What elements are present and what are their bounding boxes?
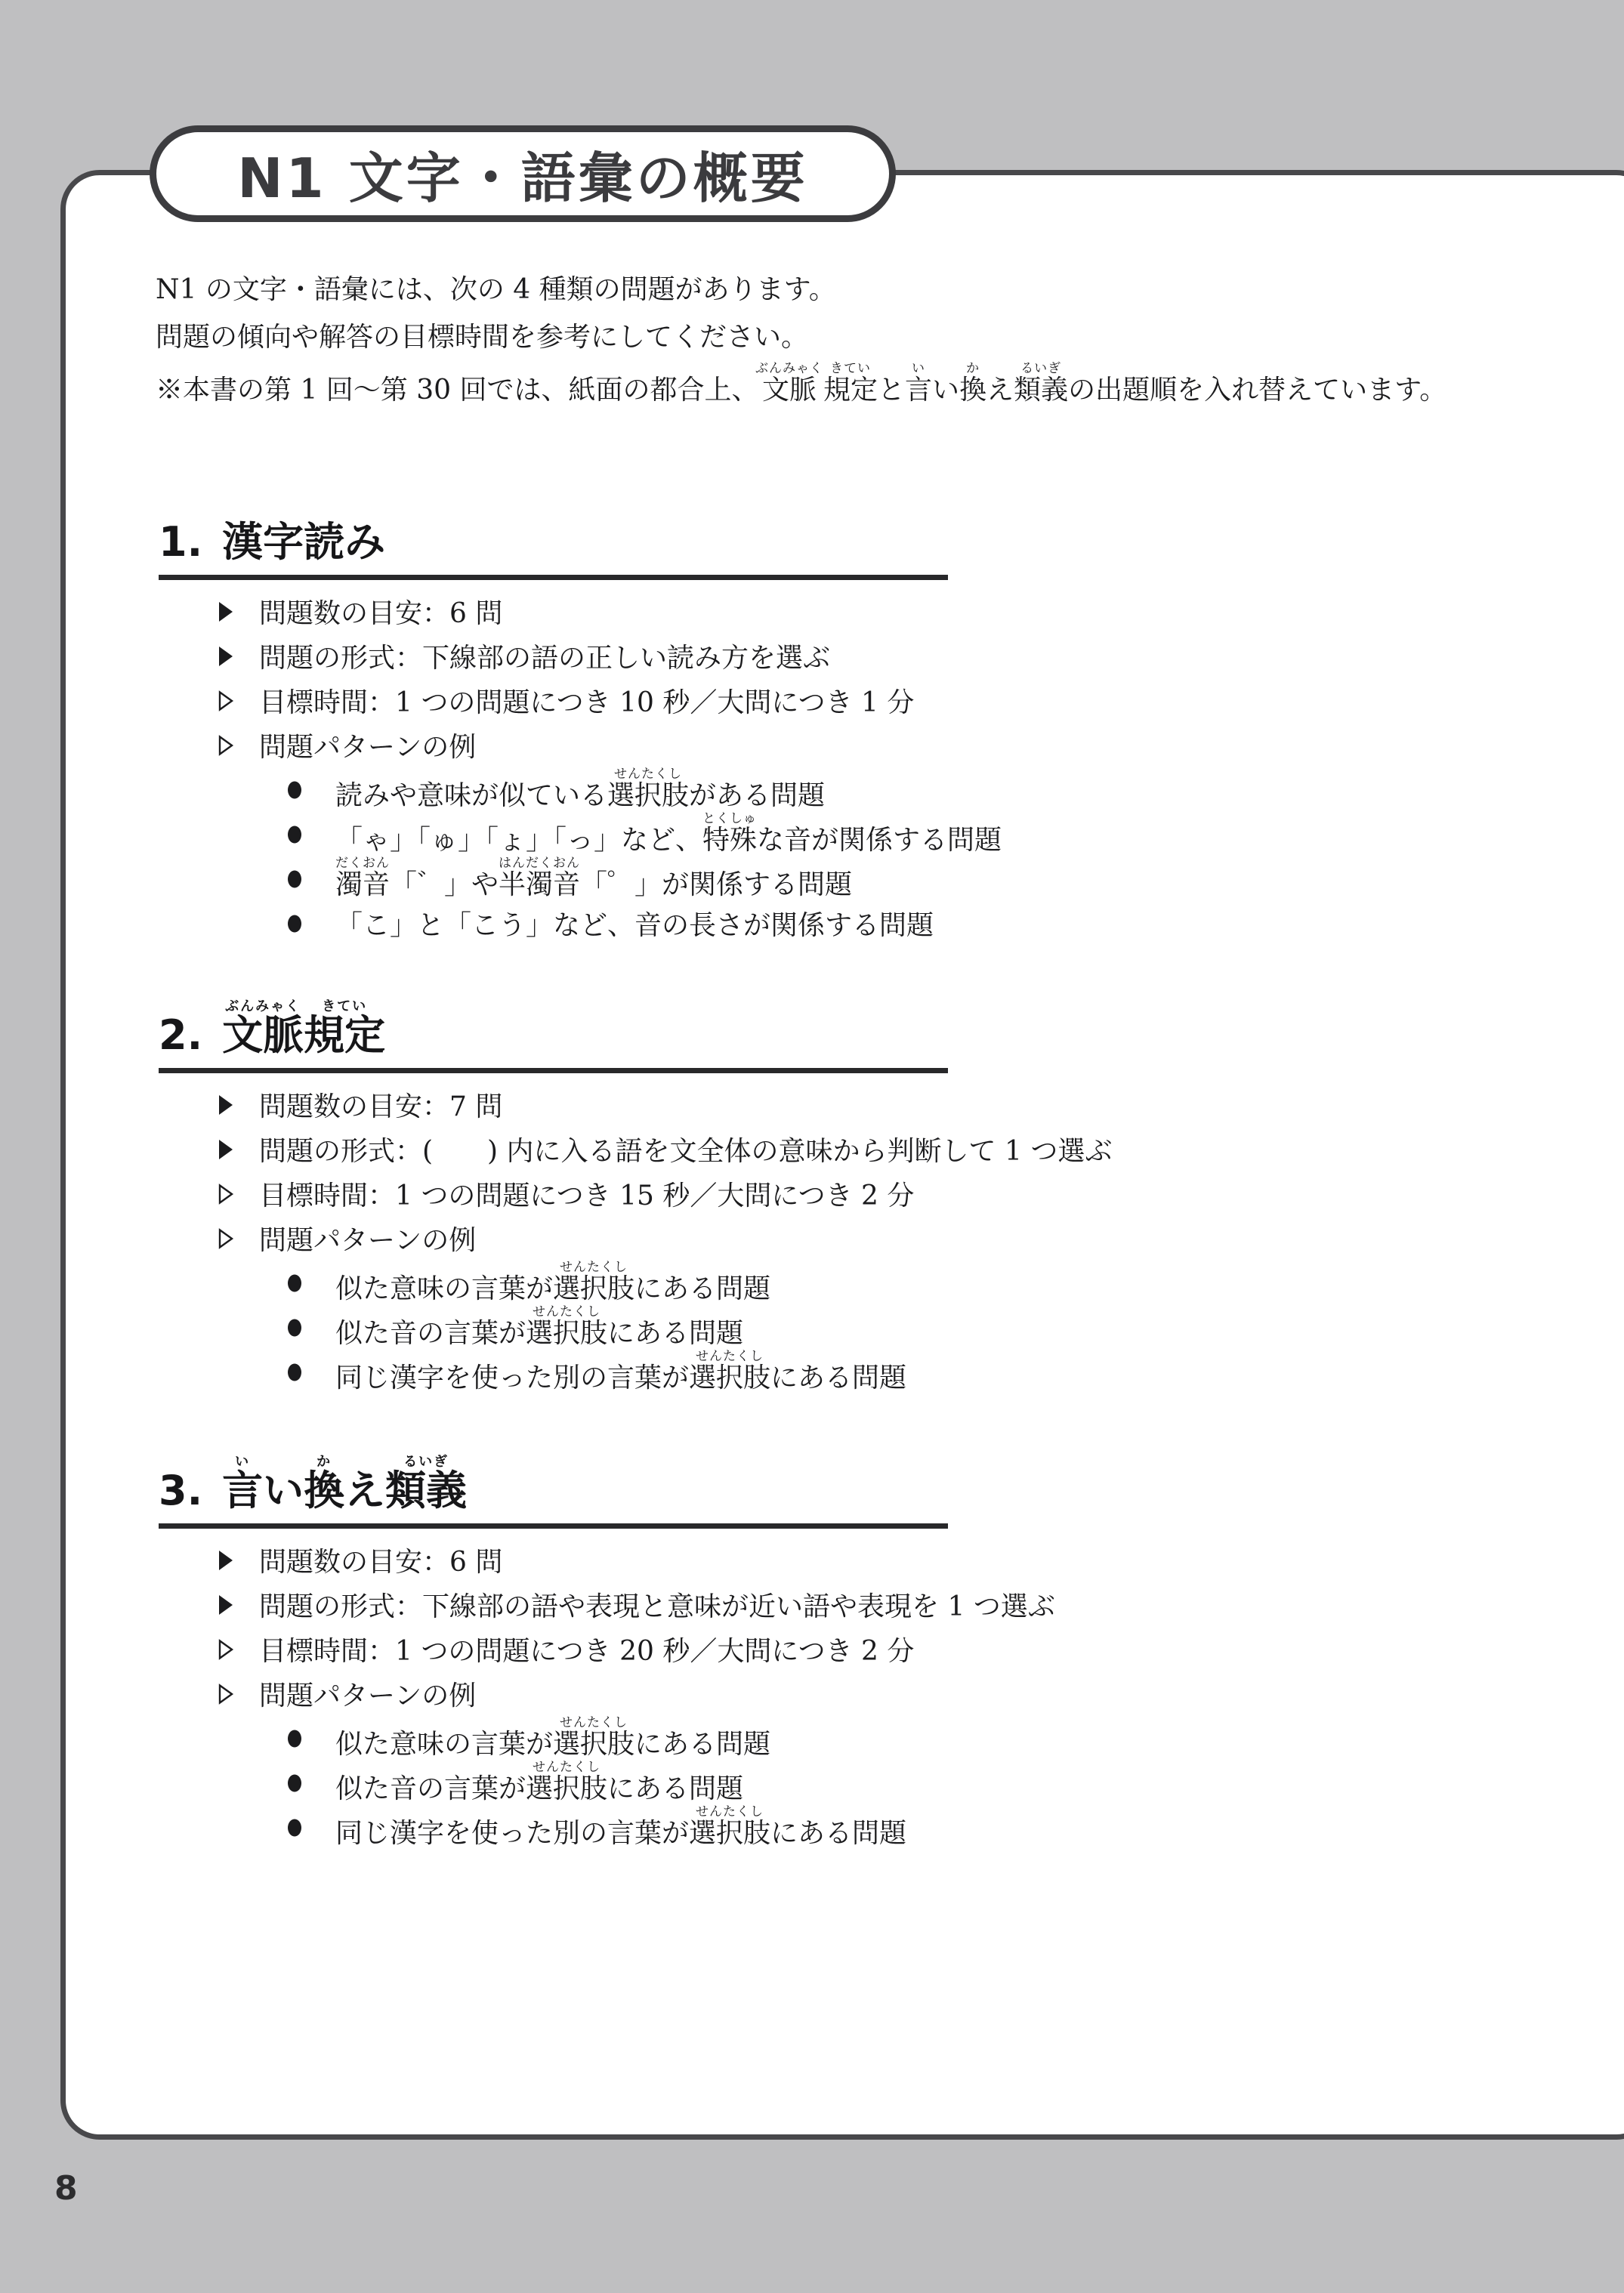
- bullet-text: 読みや意味が似ている選択肢せんたくしがある問題: [335, 767, 825, 813]
- bullet-text: 目標時間：1 つの問題につき 15 秒／大問につき 2 分: [259, 1174, 914, 1213]
- section-underline: [159, 575, 948, 580]
- ruby-annotated-text: 選択肢せんたくし: [526, 1773, 607, 1804]
- bullet-row: 読みや意味が似ている選択肢せんたくしがある問題: [159, 767, 1503, 812]
- bullet-row: 問題の形式：下線部の語の正しい読み方を選ぶ: [159, 634, 1503, 678]
- bullet-row: 問題の形式：( ) 内に入る語を文全体の意味から判断して 1 つ選ぶ: [159, 1127, 1503, 1171]
- bullet-text: 濁音だくおん「゛」や半濁音はんだくおん「゜」が関係する問題: [335, 856, 852, 902]
- page-number: 8: [54, 2169, 78, 2208]
- circle-bullet-icon: [287, 1729, 335, 1748]
- bullet-row: 同じ漢字を使った別の言葉が選択肢せんたくしにある問題: [159, 1350, 1503, 1394]
- filled-triangle-bullet-icon: [218, 600, 259, 623]
- bullet-text: 目標時間：1 つの問題につき 10 秒／大問につき 1 分: [259, 681, 914, 720]
- section: 2.文脈ぶんみゃく規定きてい問題数の目安：7 問問題の形式：( ) 内に入る語を…: [159, 995, 1503, 1394]
- section-number: 3.: [159, 1467, 202, 1514]
- section-number: 2.: [159, 1011, 202, 1059]
- section-number: 1.: [159, 518, 202, 566]
- section-heading: 1.漢字読み: [159, 501, 1503, 563]
- circle-bullet-icon: [287, 1818, 335, 1838]
- intro-line: N1 の文字・語彙には、次の 4 種類の問題があります。: [156, 266, 1446, 313]
- circle-bullet-icon: [287, 914, 335, 934]
- outline-triangle-bullet-icon: [218, 734, 259, 757]
- ruby-annotated-text: 半濁音はんだくおん: [499, 869, 580, 900]
- filled-triangle-bullet-icon: [218, 1094, 259, 1116]
- section-underline: [159, 1523, 948, 1529]
- filled-triangle-bullet-icon: [218, 1138, 259, 1161]
- bullet-row: 似た音の言葉が選択肢せんたくしにある問題: [159, 1305, 1503, 1350]
- ruby-annotated-text: 選択肢せんたくし: [526, 1318, 607, 1349]
- bullet-text: 似た意味の言葉が選択肢せんたくしにある問題: [335, 1715, 770, 1761]
- section-title: 漢字読み: [222, 518, 385, 566]
- outline-triangle-bullet-icon: [218, 1638, 259, 1661]
- section: 3.言いい換かえ類義るいぎ問題数の目安：6 問問題の形式：下線部の語や表現と意味…: [159, 1450, 1503, 1850]
- circle-bullet-icon: [287, 780, 335, 800]
- page-background: N1 文字・語彙の概要 N1 の文字・語彙には、次の 4 種類の問題があります。…: [0, 0, 1624, 2293]
- outline-triangle-bullet-icon: [218, 1683, 259, 1705]
- ruby-annotated-text: 言い: [905, 375, 932, 406]
- bullet-row: 問題数の目安：6 問: [159, 589, 1503, 634]
- section-heading: 2.文脈ぶんみゃく規定きてい: [159, 995, 1503, 1057]
- bullet-text: 同じ漢字を使った別の言葉が選択肢せんたくしにある問題: [335, 1804, 906, 1850]
- bullet-row: 濁音だくおん「゛」や半濁音はんだくおん「゜」が関係する問題: [159, 856, 1503, 901]
- circle-bullet-icon: [287, 1318, 335, 1338]
- intro-paragraph: N1 の文字・語彙には、次の 4 種類の問題があります。問題の傾向や解答の目標時…: [156, 266, 1446, 409]
- bullet-row: 問題パターンの例: [159, 723, 1503, 767]
- circle-bullet-icon: [287, 825, 335, 844]
- bullet-text: 問題パターンの例: [259, 1674, 476, 1713]
- bullet-row: 同じ漢字を使った別の言葉が選択肢せんたくしにある問題: [159, 1805, 1503, 1850]
- ruby-annotated-text: 濁音だくおん: [335, 869, 390, 900]
- filled-triangle-bullet-icon: [218, 1594, 259, 1616]
- bullet-text: 問題の形式：下線部の語や表現と意味が近い語や表現を 1 つ選ぶ: [259, 1585, 1055, 1624]
- bullet-text: 似た音の言葉が選択肢せんたくしにある問題: [335, 1760, 743, 1806]
- bullet-row: 問題パターンの例: [159, 1671, 1503, 1716]
- ruby-annotated-text: 選択肢せんたくし: [553, 1273, 634, 1304]
- bullet-row: 似た音の言葉が選択肢せんたくしにある問題: [159, 1761, 1503, 1805]
- bullet-text: 目標時間：1 つの問題につき 20 秒／大問につき 2 分: [259, 1630, 914, 1668]
- filled-triangle-bullet-icon: [218, 1549, 259, 1572]
- section-title: 言いい換かえ類義るいぎ: [222, 1467, 467, 1514]
- bullet-text: 似た音の言葉が選択肢せんたくしにある問題: [335, 1304, 743, 1350]
- bullet-text: 問題の形式：( ) 内に入る語を文全体の意味から判断して 1 つ選ぶ: [259, 1130, 1112, 1168]
- bullet-row: 「こ」と「こう」など、音の長さが関係する問題: [159, 901, 1503, 946]
- bullet-row: 「ゃ」「ゅ」「ょ」「っ」など、特殊とくしゅな音が関係する問題: [159, 812, 1503, 856]
- section-underline: [159, 1068, 948, 1073]
- circle-bullet-icon: [287, 1773, 335, 1793]
- bullet-text: 同じ漢字を使った別の言葉が選択肢せんたくしにある問題: [335, 1349, 906, 1395]
- section-heading: 3.言いい換かえ類義るいぎ: [159, 1450, 1503, 1512]
- ruby-annotated-text: 文脈ぶんみゃく: [759, 375, 824, 406]
- ruby-annotated-text: 類義るいぎ: [1014, 375, 1068, 406]
- ruby-annotated-text: 換か: [304, 1467, 344, 1514]
- section-title-pill: N1 文字・語彙の概要: [150, 125, 896, 222]
- circle-bullet-icon: [287, 869, 335, 889]
- bullet-text: 問題数の目安：6 問: [259, 1541, 502, 1579]
- bullet-text: 似た意味の言葉が選択肢せんたくしにある問題: [335, 1260, 770, 1306]
- filled-triangle-bullet-icon: [218, 645, 259, 668]
- bullet-row: 問題の形式：下線部の語や表現と意味が近い語や表現を 1 つ選ぶ: [159, 1582, 1503, 1627]
- ruby-annotated-text: 特殊とくしゅ: [702, 825, 757, 856]
- ruby-annotated-text: 言い: [222, 1467, 263, 1514]
- bullet-row: 問題数の目安：6 問: [159, 1538, 1503, 1582]
- bullet-row: 目標時間：1 つの問題につき 10 秒／大問につき 1 分: [159, 678, 1503, 723]
- bullet-text: 問題パターンの例: [259, 1219, 476, 1258]
- bullet-row: 問題パターンの例: [159, 1216, 1503, 1261]
- bullet-row: 似た意味の言葉が選択肢せんたくしにある問題: [159, 1261, 1503, 1305]
- bullet-list: 問題数の目安：7 問問題の形式：( ) 内に入る語を文全体の意味から判断して 1…: [159, 1082, 1503, 1394]
- intro-line: ※本書の第 1 回〜第 30 回では、紙面の都合上、文脈ぶんみゃく規定きていと言…: [156, 361, 1446, 409]
- circle-bullet-icon: [287, 1363, 335, 1382]
- intro-line: 問題の傾向や解答の目標時間を参考にしてください。: [156, 313, 1446, 361]
- bullet-text: 問題数の目安：6 問: [259, 592, 502, 631]
- ruby-annotated-text: 選択肢せんたくし: [607, 780, 689, 811]
- bullet-text: 問題の形式：下線部の語の正しい読み方を選ぶ: [259, 637, 830, 675]
- page-title: N1 文字・語彙の概要: [237, 134, 807, 213]
- outline-triangle-bullet-icon: [218, 690, 259, 712]
- bullet-text: 「こ」と「こう」など、音の長さが関係する問題: [335, 904, 934, 943]
- ruby-annotated-text: 選択肢せんたくし: [553, 1729, 634, 1760]
- section: 1.漢字読み問題数の目安：6 問問題の形式：下線部の語の正しい読み方を選ぶ目標時…: [159, 501, 1503, 946]
- circle-bullet-icon: [287, 1273, 335, 1293]
- bullet-row: 似た意味の言葉が選択肢せんたくしにある問題: [159, 1716, 1503, 1761]
- bullet-list: 問題数の目安：6 問問題の形式：下線部の語や表現と意味が近い語や表現を 1 つ選…: [159, 1538, 1503, 1850]
- ruby-annotated-text: 規定きてい: [823, 375, 878, 406]
- bullet-list: 問題数の目安：6 問問題の形式：下線部の語の正しい読み方を選ぶ目標時間：1 つの…: [159, 589, 1503, 946]
- bullet-row: 目標時間：1 つの問題につき 20 秒／大問につき 2 分: [159, 1627, 1503, 1671]
- ruby-annotated-text: 規定きてい: [304, 1011, 385, 1059]
- bullet-text: 問題数の目安：7 問: [259, 1085, 502, 1124]
- outline-triangle-bullet-icon: [218, 1227, 259, 1250]
- ruby-annotated-text: 選択肢せんたくし: [689, 1363, 770, 1393]
- ruby-annotated-text: 換か: [959, 375, 986, 406]
- bullet-row: 問題数の目安：7 問: [159, 1082, 1503, 1127]
- ruby-annotated-text: 選択肢せんたくし: [689, 1818, 770, 1849]
- ruby-annotated-text: 文脈ぶんみゃく: [222, 1011, 304, 1059]
- bullet-row: 目標時間：1 つの問題につき 15 秒／大問につき 2 分: [159, 1171, 1503, 1216]
- bullet-text: 「ゃ」「ゅ」「ょ」「っ」など、特殊とくしゅな音が関係する問題: [335, 811, 1002, 857]
- section-title: 文脈ぶんみゃく規定きてい: [222, 1011, 385, 1059]
- ruby-annotated-text: 類義るいぎ: [385, 1467, 467, 1514]
- outline-triangle-bullet-icon: [218, 1183, 259, 1205]
- bullet-text: 問題パターンの例: [259, 726, 476, 764]
